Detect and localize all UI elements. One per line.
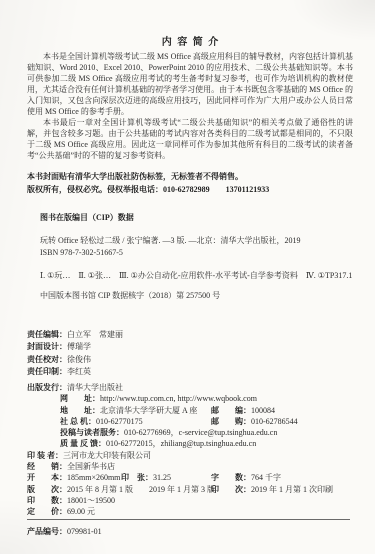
- pub-value: 010-62772015，zhiliang@tup.tsinghua.edu.c…: [106, 439, 256, 448]
- pub-sheets: 印 张：31.25: [121, 472, 171, 483]
- pub-label: 印 数：: [27, 496, 67, 505]
- staff-label: 责任校对：: [27, 355, 67, 364]
- pub-value: 010-62770175: [96, 417, 143, 426]
- cip-header: 图书在版编目（CIP）数据: [40, 212, 353, 223]
- pub-label: 定 价：: [27, 507, 67, 516]
- cip-title-line: 玩转 Office 轻松过二级 / 张宁编著. —3 版. —北京：清华大学出版…: [40, 235, 353, 246]
- publishing-info: 出版发行：清华大学出版社 网 址：http://www.tup.com.cn, …: [27, 382, 353, 518]
- cip-record-number: 中国版本图书馆 CIP 数据核字（2018）第 257500 号: [40, 290, 353, 301]
- pub-word-count: 字 数：764 千字: [211, 472, 281, 483]
- staff-value: 傅瑞学: [67, 342, 91, 351]
- product-number-value: 079981-01: [67, 527, 102, 536]
- anti-piracy-notice: 本书封面贴有清华大学出版社防伪标签，无标签者不得销售。 版权所有，侵权必究。侵权…: [27, 170, 353, 196]
- staff-row-cover-design: 封面设计：傅瑞学: [27, 341, 353, 353]
- page-title: 内容简介: [27, 33, 353, 48]
- pub-row-edition: 版 次：2015 年 8 月第 1 版 2019 年 1 月第 3 版印 次：2…: [27, 484, 353, 495]
- cip-classification: Ⅰ. ①玩… Ⅱ. ①张… Ⅲ. ①办公自动化-应用软件-水平考试-自学参考资料…: [40, 270, 353, 281]
- pub-label: 地 址：: [60, 406, 100, 415]
- pub-label: 社 总 机：: [60, 417, 96, 426]
- pub-postcode: 邮 编：100084: [211, 405, 275, 416]
- pub-label: 投稿与读者服务：: [60, 428, 124, 437]
- pub-row-switchboard: 社 总 机：010-62770175邮 购：010-62786544: [27, 416, 353, 427]
- pub-value: 010-62776969，c-service@tup.tsinghua.edu.…: [124, 428, 277, 437]
- staff-value: 徐俊伟: [67, 355, 91, 364]
- anti-piracy-line: 本书封面贴有清华大学出版社防伪标签，无标签者不得销售。: [27, 170, 353, 183]
- staff-label: 封面设计：: [27, 342, 67, 351]
- pub-label: 版 次：: [27, 485, 67, 494]
- pub-mail-order: 邮 购：010-62786544: [211, 416, 298, 427]
- staff-value: 李红英: [67, 367, 91, 376]
- pub-value: 三河市龙大印装有限公司: [63, 451, 151, 460]
- product-number-label: 产品编号：: [27, 527, 67, 536]
- staff-row-proofreader: 责任校对：徐俊伟: [27, 354, 353, 366]
- intro-paragraph-1: 本书是全国计算机等级考试二级 MS Office 高级应用科目的辅导教材，内容包…: [27, 51, 353, 117]
- pub-value: 185mm×260mm: [67, 473, 120, 482]
- product-number: 产品编号：079981-01: [27, 526, 353, 537]
- cip-isbn: ISBN 978-7-302-51667-5: [40, 248, 353, 257]
- staff-credits: 责任编辑：白立军 常建丽 封面设计：傅瑞学 责任校对：徐俊伟 责任印制：李红英: [27, 329, 353, 378]
- pub-row-quality-feedback: 质 量 反 馈：010-62772015，zhiliang@tup.tsingh…: [27, 438, 353, 449]
- staff-value: 白立军 常建丽: [67, 330, 123, 339]
- pub-impression: 印 次：2019 年 1 月第 1 次印刷: [211, 484, 333, 495]
- pub-label: 网 址：: [60, 394, 100, 403]
- pub-value: 69.00 元: [67, 507, 95, 516]
- staff-label: 责任编辑：: [27, 330, 67, 339]
- pub-value: http://www.tup.com.cn, http://www.wqbook…: [100, 394, 257, 403]
- pub-label: 质 量 反 馈：: [60, 439, 106, 448]
- pub-row-distributor: 经 销：全国新华书店: [27, 461, 353, 472]
- pub-row-publisher: 出版发行：清华大学出版社: [27, 382, 353, 393]
- pub-label: 经 销：: [27, 462, 67, 471]
- pub-row-price: 定 价：69.00 元: [27, 506, 353, 517]
- staff-row-editor: 责任编辑：白立军 常建丽: [27, 329, 353, 341]
- pub-label: 出版发行：: [27, 383, 67, 392]
- staff-label: 责任印制：: [27, 367, 67, 376]
- pub-row-reader-service: 投稿与读者服务：010-62776969，c-service@tup.tsing…: [27, 427, 353, 438]
- pub-row-website: 网 址：http://www.tup.com.cn, http://www.wq…: [27, 393, 353, 404]
- pub-value: 清华大学出版社: [67, 383, 123, 392]
- pub-row-print-run: 印 数：18001～19500: [27, 495, 353, 506]
- pub-value: 2015 年 8 月第 1 版 2019 年 1 月第 3 版: [67, 485, 215, 494]
- pub-row-address: 地 址：北京清华大学学研大厦 A 座邮 编：100084: [27, 405, 353, 416]
- pub-value: 全国新华书店: [67, 462, 115, 471]
- pub-label: 印 装 者：: [27, 451, 63, 460]
- pub-value: 北京清华大学学研大厦 A 座: [100, 406, 197, 415]
- divider-rule: [27, 519, 350, 520]
- intro-section: 本书是全国计算机等级考试二级 MS Office 高级应用科目的辅导教材，内容包…: [27, 51, 353, 161]
- book-copyright-page: 内容简介 本书是全国计算机等级考试二级 MS Office 高级应用科目的辅导教…: [0, 0, 375, 554]
- copyright-line: 版权所有，侵权必究。侵权举报电话：010-62782989 1370112193…: [27, 183, 353, 196]
- pub-row-printer: 印 装 者：三河市龙大印装有限公司: [27, 450, 353, 461]
- pub-label: 开 本：: [27, 473, 67, 482]
- pub-row-format: 开 本：185mm×260mm印 张：31.25字 数：764 千字: [27, 472, 353, 483]
- staff-row-print-supervisor: 责任印制：李红英: [27, 366, 353, 378]
- intro-paragraph-2: 本书最后一章对全国计算机等级考试“二级公共基础知识”的相关考点做了通俗性的讲解，…: [27, 117, 353, 161]
- pub-value: 18001～19500: [67, 496, 115, 505]
